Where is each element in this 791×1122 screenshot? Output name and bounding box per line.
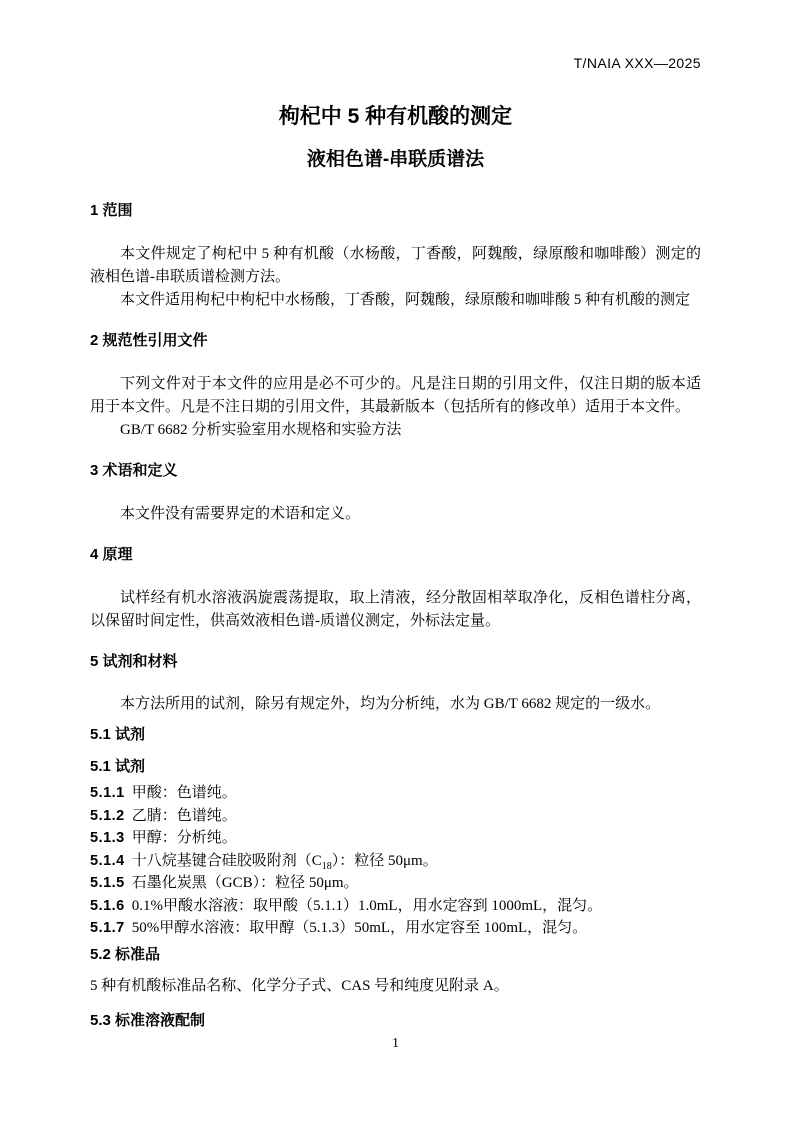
item-subscript: 18	[322, 861, 332, 872]
item-number: 5.1.3	[90, 830, 125, 846]
document-subtitle: 液相色谱-串联质谱法	[90, 147, 701, 173]
reagent-item-gcb: 5.1.5石墨化炭黑（GCB）：粒径 50μm。	[90, 872, 701, 895]
principle-paragraph: 试样经有机水溶液涡旋震荡提取，取上清液，经分散固相萃取净化，反相色谱柱分离，以保…	[90, 587, 701, 633]
item-text: 0.1%甲酸水溶液：取甲酸（5.1.1）1.0mL，用水定容到 1000mL，混…	[132, 898, 602, 914]
standard-number: T/NAIA XXX—2025	[574, 55, 701, 71]
item-number: 5.1.2	[90, 808, 125, 824]
normative-references-paragraph: 下列文件对于本文件的应用是必不可少的。凡是注日期的引用文件，仅注日期的版本适用于…	[90, 373, 701, 419]
item-text: 十八烷基键合硅胶吸附剂（C18）：粒径 50μm。	[132, 853, 438, 869]
item-number: 5.1.6	[90, 898, 125, 914]
section-heading-scope: 1 范围	[90, 202, 701, 219]
item-text: 石墨化炭黑（GCB）：粒径 50μm。	[132, 875, 359, 891]
standards-paragraph: 5 种有机酸标准品名称、化学分子式、CAS 号和纯度见附录 A。	[90, 975, 701, 998]
reagent-item-c18-sorbent: 5.1.4十八烷基键合硅胶吸附剂（C18）：粒径 50μm。	[90, 850, 701, 873]
terms-paragraph: 本文件没有需要界定的术语和定义。	[90, 503, 701, 526]
section-heading-normative-references: 2 规范性引用文件	[90, 332, 701, 349]
document-title: 枸杞中 5 种有机酸的测定	[90, 104, 701, 130]
item-number: 5.1.4	[90, 853, 125, 869]
subsection-heading-5-2-standards: 5.2 标准品	[90, 946, 701, 963]
item-number: 5.1.5	[90, 875, 125, 891]
document-page: T/NAIA XXX—2025 枸杞中 5 种有机酸的测定 液相色谱-串联质谱法…	[0, 0, 791, 1029]
subsection-heading-5-3-standard-solutions: 5.3 标准溶液配制	[90, 1012, 701, 1029]
reagent-item-formic-acid-solution: 5.1.60.1%甲酸水溶液：取甲酸（5.1.1）1.0mL，用水定容到 100…	[90, 895, 701, 918]
subsection-heading-5-1-reagents-a: 5.1 试剂	[90, 726, 701, 743]
item-number: 5.1.7	[90, 920, 125, 936]
reagents-paragraph: 本方法所用的试剂，除另有规定外，均为分析纯，水为 GB/T 6682 规定的一级…	[90, 693, 701, 716]
item-text: 甲酸：色谱纯。	[132, 785, 237, 801]
scope-paragraph-2: 本文件适用枸杞中枸杞中水杨酸，丁香酸，阿魏酸，绿原酸和咖啡酸 5 种有机酸的测定	[90, 289, 701, 312]
document-header: T/NAIA XXX—2025	[90, 55, 701, 71]
scope-paragraph-1: 本文件规定了枸杞中 5 种有机酸（水杨酸，丁香酸，阿魏酸，绿原酸和咖啡酸）测定的…	[90, 243, 701, 289]
item-number: 5.1.1	[90, 785, 125, 801]
section-heading-principle: 4 原理	[90, 546, 701, 563]
item-text: 50%甲醇水溶液：取甲醇（5.1.3）50mL，用水定容至 100mL，混匀。	[132, 920, 587, 936]
section-heading-terms: 3 术语和定义	[90, 462, 701, 479]
item-text-after-subscript: ）：粒径 50μm。	[332, 853, 438, 869]
reagent-item-methanol: 5.1.3甲醇：分析纯。	[90, 827, 701, 850]
reagent-item-methanol-solution: 5.1.750%甲醇水溶液：取甲醇（5.1.3）50mL，用水定容至 100mL…	[90, 917, 701, 940]
page-number: 1	[0, 1036, 791, 1052]
item-text-before-subscript: 十八烷基键合硅胶吸附剂（C	[132, 853, 322, 869]
reagent-list: 5.1.1甲酸：色谱纯。 5.1.2乙腈：色谱纯。 5.1.3甲醇：分析纯。 5…	[90, 782, 701, 940]
reagent-item-formic-acid: 5.1.1甲酸：色谱纯。	[90, 782, 701, 805]
item-text: 乙腈：色谱纯。	[132, 808, 237, 824]
section-heading-reagents: 5 试剂和材料	[90, 653, 701, 670]
subsection-heading-5-1-reagents-b: 5.1 试剂	[90, 758, 701, 775]
normative-reference-gbt6682: GB/T 6682 分析实验室用水规格和实验方法	[90, 419, 701, 442]
item-text: 甲醇：分析纯。	[132, 830, 237, 846]
reagent-item-acetonitrile: 5.1.2乙腈：色谱纯。	[90, 805, 701, 828]
